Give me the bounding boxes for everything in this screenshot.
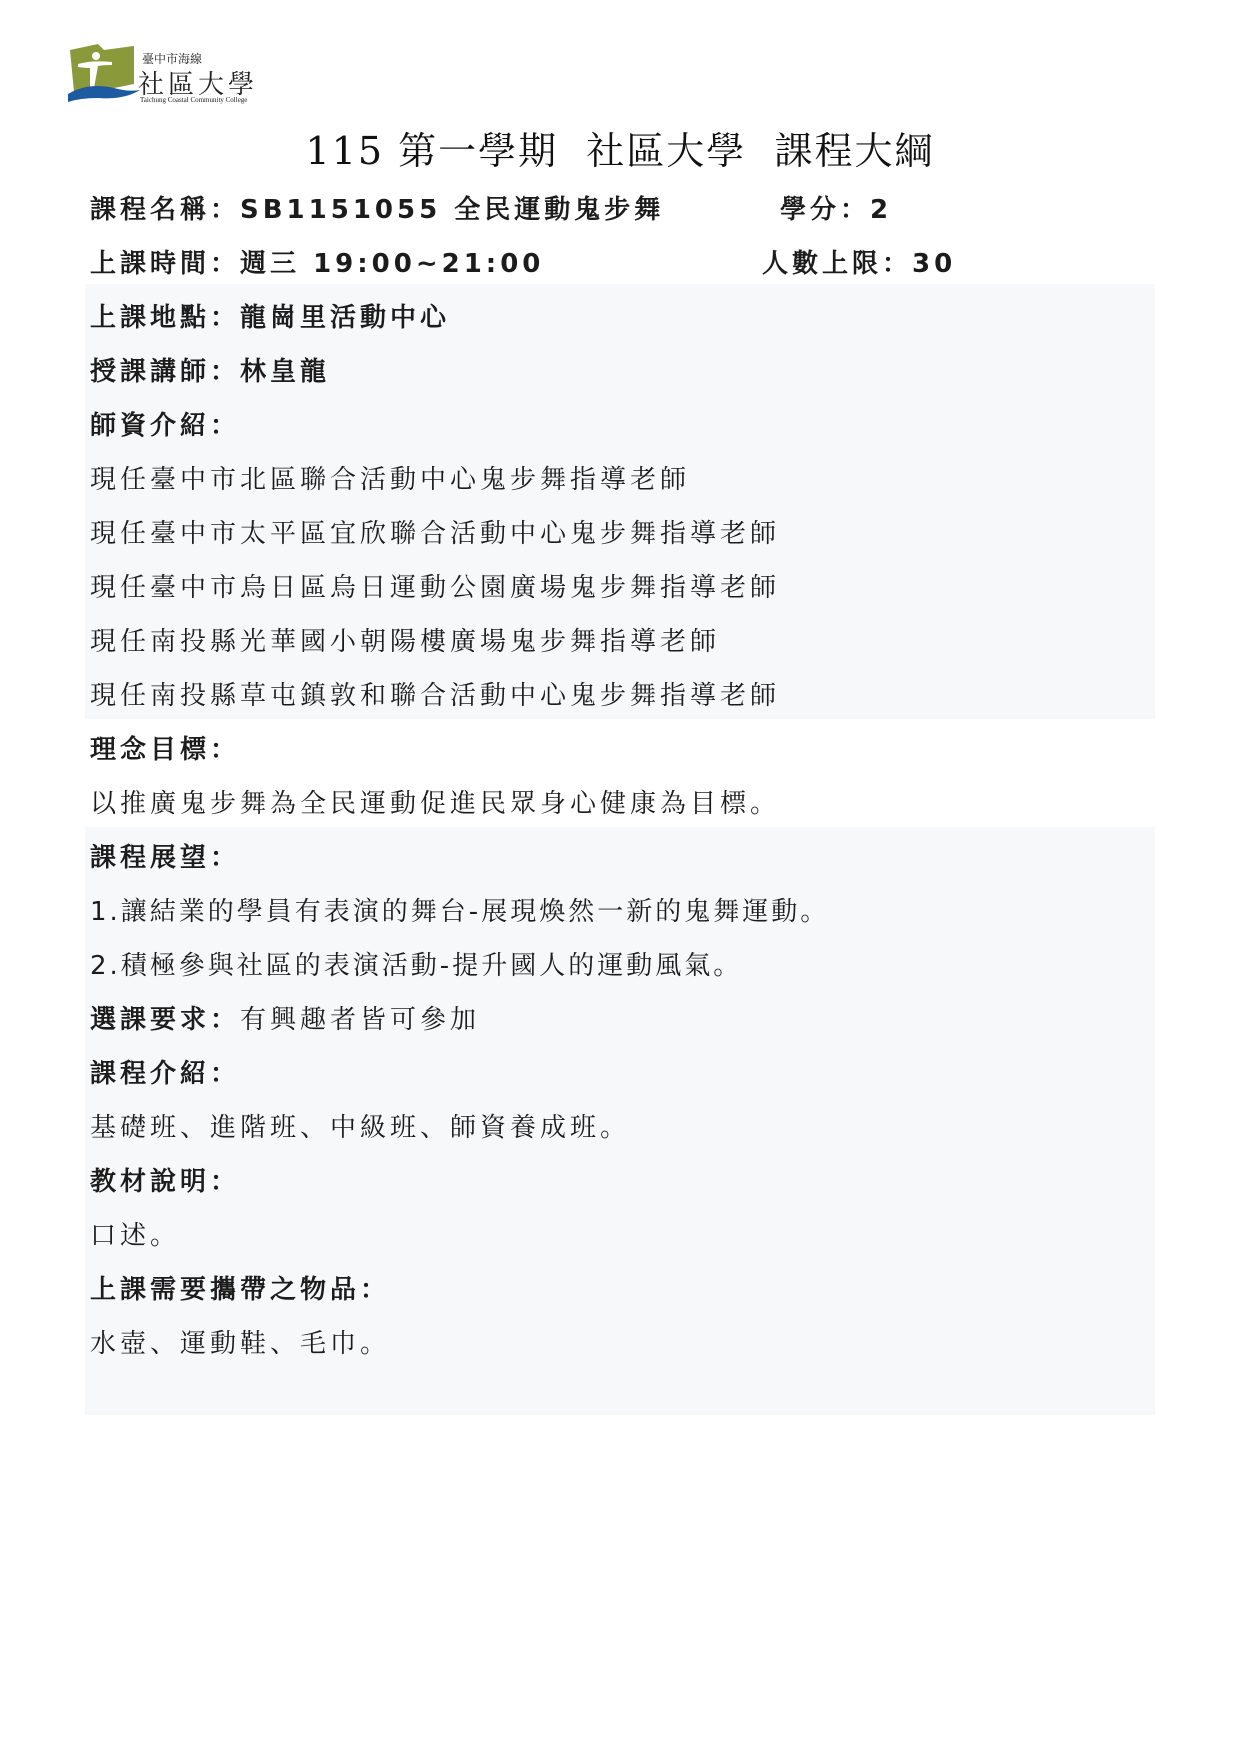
- requirement-row: 選課要求：有興趣者皆可參加: [90, 1000, 480, 1040]
- bio-line: 現任臺中市烏日區烏日運動公園廣場鬼步舞指導老師: [90, 568, 780, 608]
- instructor-value: 林皇龍: [240, 357, 330, 387]
- outlook-line: 2.積極參與社區的表演活動-提升國人的運動風氣。: [90, 946, 742, 986]
- page-title: 115 第一學期 社區大學 課程大綱: [0, 120, 1240, 175]
- college-logo: 臺中市海線 社區大學 Taichung Coastal Community Co…: [68, 44, 268, 110]
- requirement-value: 有興趣者皆可參加: [240, 1005, 480, 1035]
- time-row: 上課時間：週三 19:00~21:00: [90, 244, 544, 284]
- credits-value: 2: [870, 195, 892, 225]
- bio-line: 現任臺中市太平區宜欣聯合活動中心鬼步舞指導老師: [90, 514, 780, 554]
- capacity-value: 30: [912, 249, 956, 279]
- course-name-value: SB1151055 全民運動鬼步舞: [240, 195, 664, 225]
- bio-line: 現任臺中市北區聯合活動中心鬼步舞指導老師: [90, 460, 690, 500]
- outlook-label: 課程展望：: [90, 838, 240, 878]
- items-label: 上課需要攜帶之物品：: [90, 1270, 390, 1310]
- credits-row: 學分：2: [780, 190, 892, 230]
- book-figure-icon: [68, 44, 140, 104]
- time-value: 週三 19:00~21:00: [240, 249, 544, 279]
- instructor-label: 授課講師：: [90, 357, 240, 387]
- bio-line: 現任南投縣光華國小朝陽樓廣場鬼步舞指導老師: [90, 622, 720, 662]
- goal-label: 理念目標：: [90, 730, 240, 770]
- outlook-line: 1.讓結業的學員有表演的舞台-展現煥然一新的鬼舞運動。: [90, 892, 829, 932]
- location-row: 上課地點：龍崗里活動中心: [90, 298, 450, 338]
- materials-value: 口述。: [90, 1216, 180, 1256]
- time-label: 上課時間：: [90, 249, 240, 279]
- course-name-label: 課程名稱：: [90, 195, 240, 225]
- requirement-label: 選課要求：: [90, 1005, 240, 1035]
- bio-line: 現任南投縣草屯鎮敦和聯合活動中心鬼步舞指導老師: [90, 676, 780, 716]
- bio-label: 師資介紹：: [90, 406, 240, 446]
- intro-label: 課程介紹：: [90, 1054, 240, 1094]
- course-name-row: 課程名稱：SB1151055 全民運動鬼步舞: [90, 190, 664, 230]
- materials-label: 教材說明：: [90, 1162, 240, 1202]
- intro-value: 基礎班、進階班、中級班、師資養成班。: [90, 1108, 630, 1148]
- goal-value: 以推廣鬼步舞為全民運動促進民眾身心健康為目標。: [90, 784, 780, 824]
- capacity-label: 人數上限：: [762, 249, 912, 279]
- location-value: 龍崗里活動中心: [240, 303, 450, 333]
- logo-english-text: Taichung Coastal Community College: [140, 96, 247, 104]
- instructor-row: 授課講師：林皇龍: [90, 352, 330, 392]
- location-label: 上課地點：: [90, 303, 240, 333]
- credits-label: 學分：: [780, 195, 870, 225]
- capacity-row: 人數上限：30: [762, 244, 956, 284]
- items-value: 水壺、運動鞋、毛巾。: [90, 1324, 390, 1364]
